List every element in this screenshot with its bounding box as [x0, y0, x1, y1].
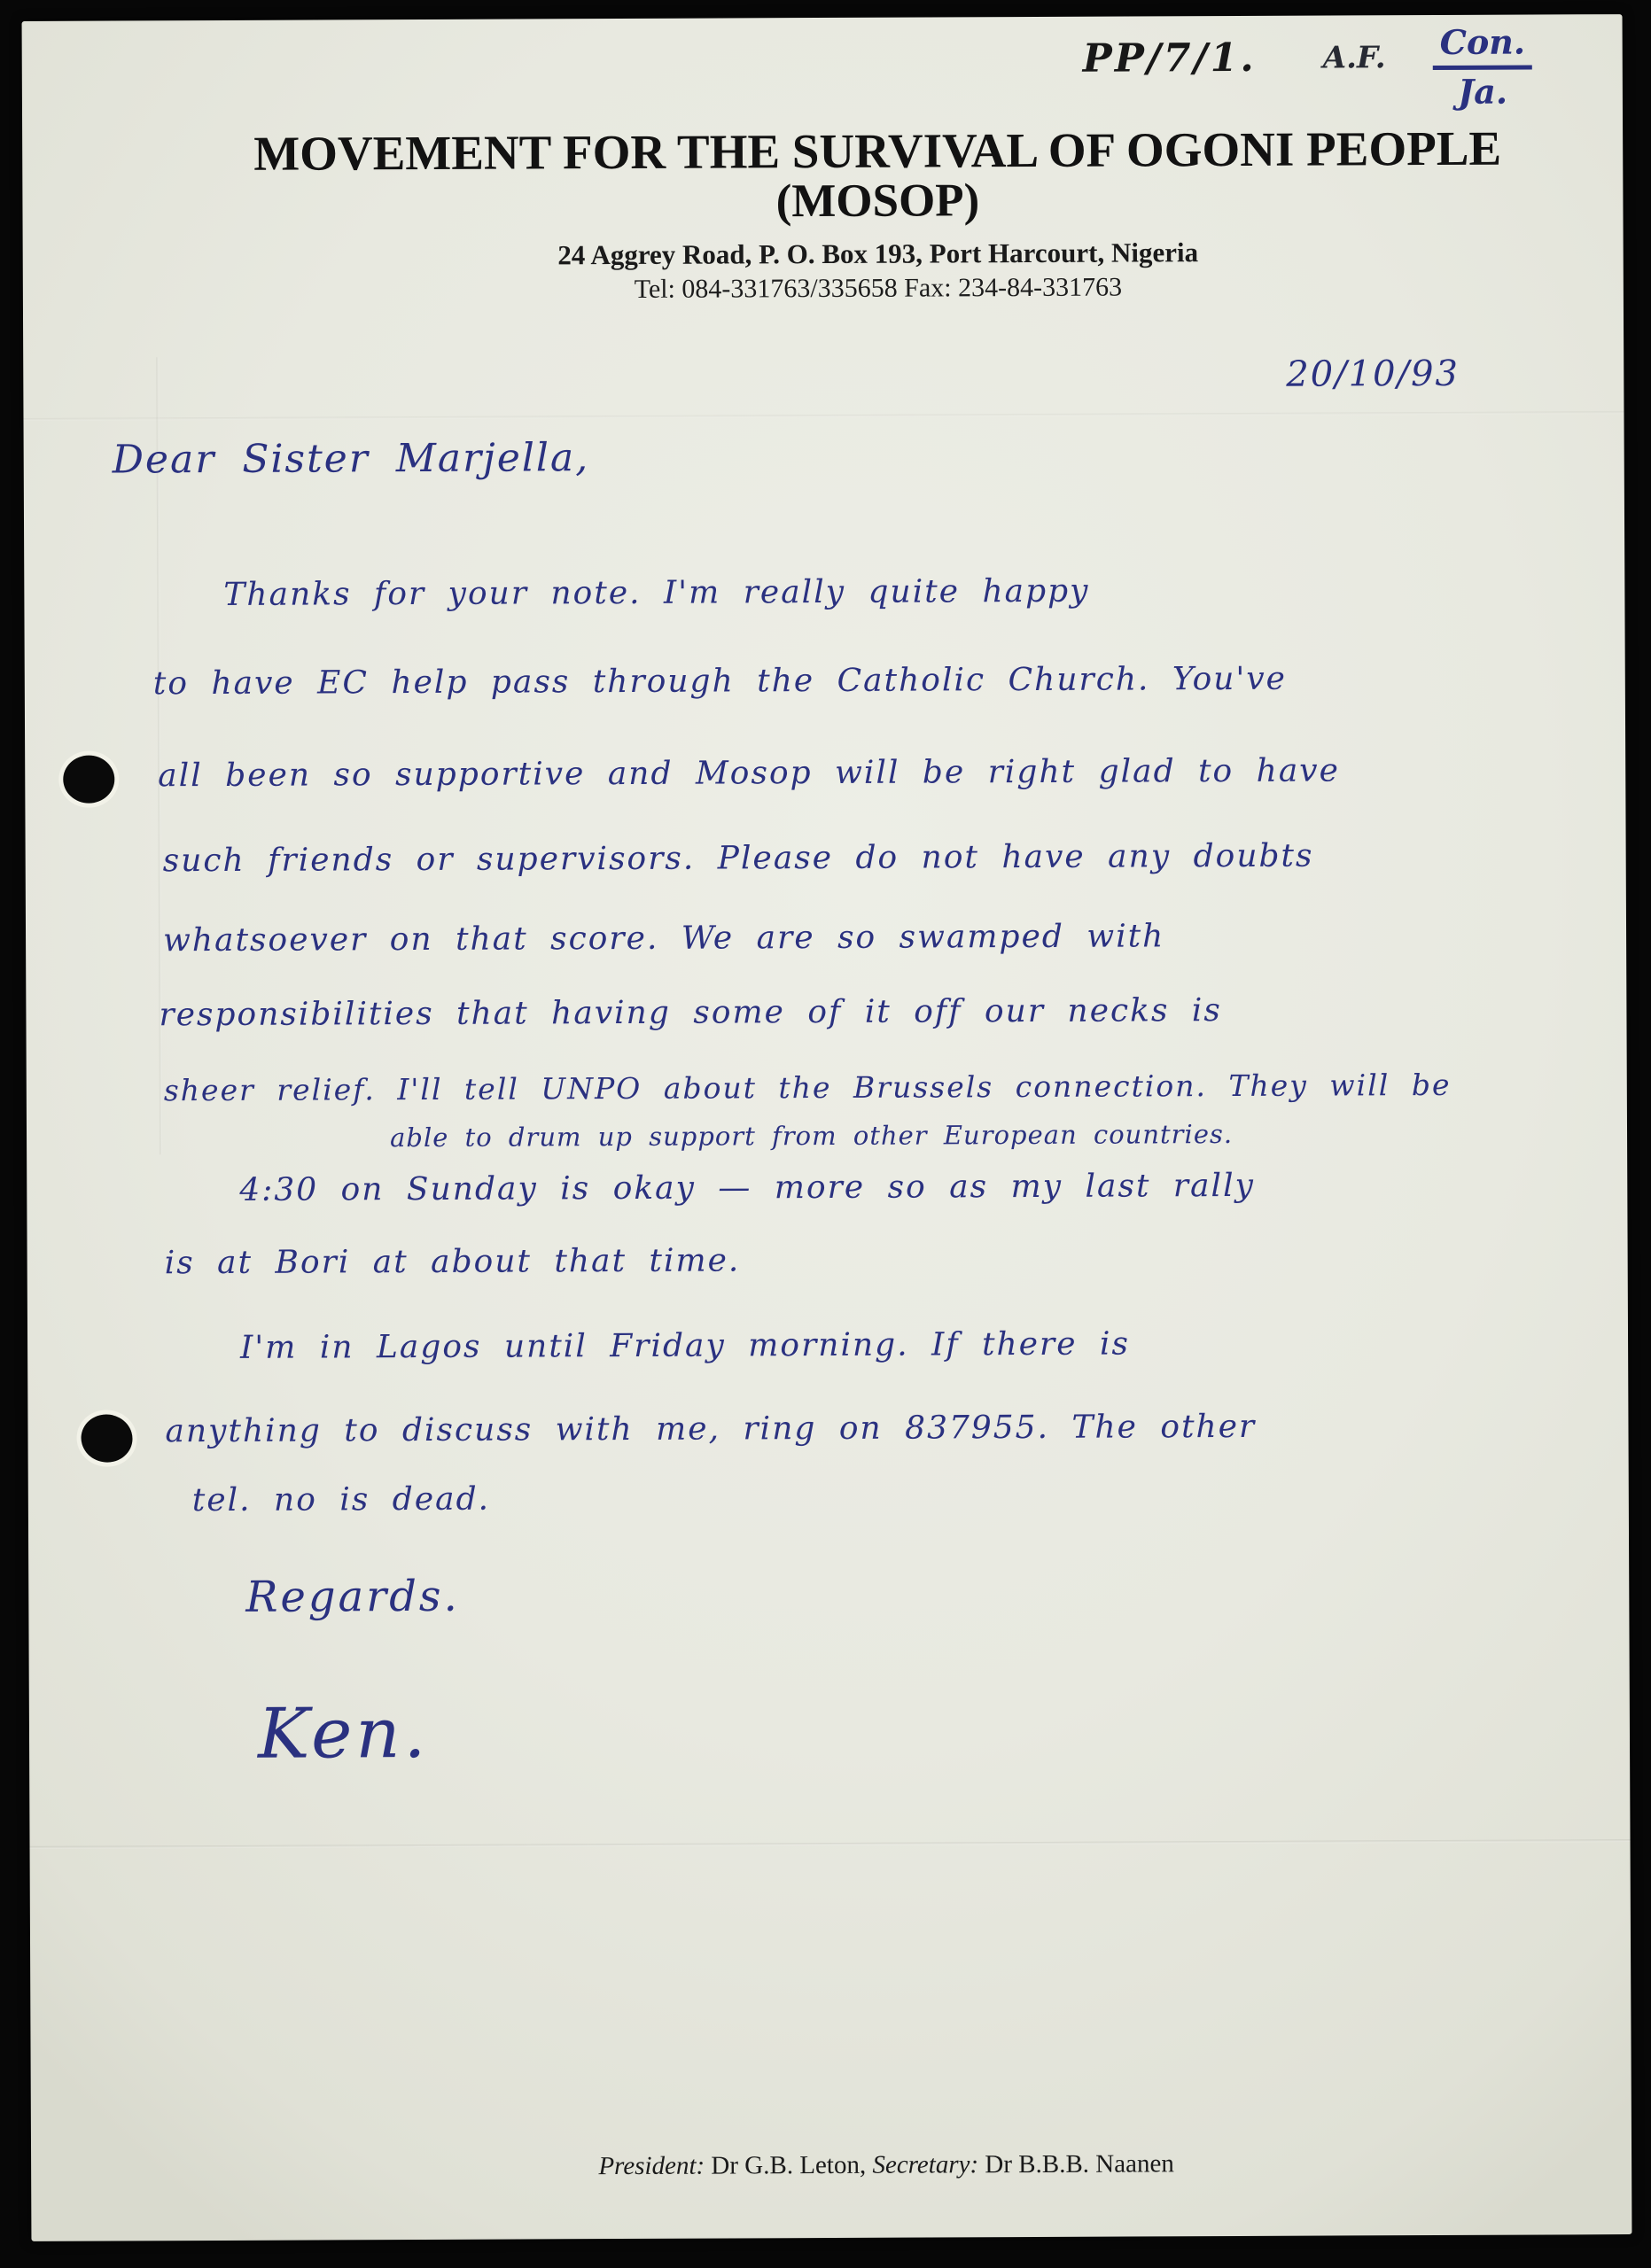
con-ja-annotation: Con. Ja. [1433, 22, 1533, 112]
president-name: Dr G.B. Leton, [705, 2151, 872, 2180]
body-line: anything to discuss with me, ring on 837… [165, 1409, 1256, 1449]
secretary-label: Secretary: [872, 2150, 978, 2179]
ja-annotation: Ja. [1433, 72, 1533, 112]
con-annotation: Con. [1433, 22, 1533, 70]
body-line: Thanks for your note. I'm really quite h… [223, 573, 1089, 613]
salutation: Dear Sister Marjella, [113, 435, 590, 482]
letterhead-footer: President: Dr G.B. Leton, Secretary: Dr … [150, 2148, 1623, 2183]
paper-crease-horizontal [23, 411, 1624, 421]
initials-annotation: A.F. [1323, 40, 1386, 75]
letterhead: MOVEMENT FOR THE SURVIVAL OF OGONI PEOPL… [141, 122, 1615, 307]
body-line: is at Bori at about that time. [165, 1242, 741, 1281]
letter-paper: PP/7/1. A.F. Con. Ja. MOVEMENT FOR THE S… [22, 14, 1632, 2241]
body-line: 4:30 on Sunday is okay — more so as my l… [239, 1168, 1255, 1208]
punch-hole [58, 750, 119, 807]
archive-reference-annotation: PP/7/1. [1083, 35, 1257, 82]
scanned-letter-page: { "annotations": { "file_ref": "PP/7/1."… [0, 0, 1651, 2268]
paper-crease-horizontal [30, 1839, 1631, 1849]
signature-ken: Ken. [258, 1694, 430, 1775]
body-line: tel. no is dead. [192, 1481, 490, 1518]
president-label: President: [598, 2152, 705, 2181]
organization-phone-fax: Tel: 084-331763/335658 Fax: 234-84-33176… [142, 271, 1615, 307]
body-line: all been so supportive and Mosop will be… [158, 752, 1340, 794]
closing: Regards. [245, 1572, 460, 1622]
organization-name: MOVEMENT FOR THE SURVIVAL OF OGONI PEOPL… [141, 122, 1614, 180]
organization-abbreviation: (MOSOP) [141, 174, 1614, 229]
letter-date: 20/10/93 [1286, 353, 1460, 395]
body-line: responsibilities that having some of it … [159, 992, 1222, 1033]
punch-hole [74, 1406, 141, 1471]
body-line: sheer relief. I'll tell UNPO about the B… [164, 1068, 1452, 1107]
body-line: to have EC help pass through the Catholi… [153, 661, 1287, 703]
body-line: such friends or supervisors. Please do n… [163, 838, 1314, 880]
body-line: whatsoever on that score. We are so swam… [163, 918, 1164, 959]
body-line: I'm in Lagos until Friday morning. If th… [240, 1326, 1130, 1366]
secretary-name: Dr B.B.B. Naanen [978, 2149, 1174, 2179]
body-line-inserted: able to drum up support from other Europ… [390, 1119, 1233, 1153]
organization-address: 24 Aggrey Road, P. O. Box 193, Port Harc… [142, 236, 1615, 274]
